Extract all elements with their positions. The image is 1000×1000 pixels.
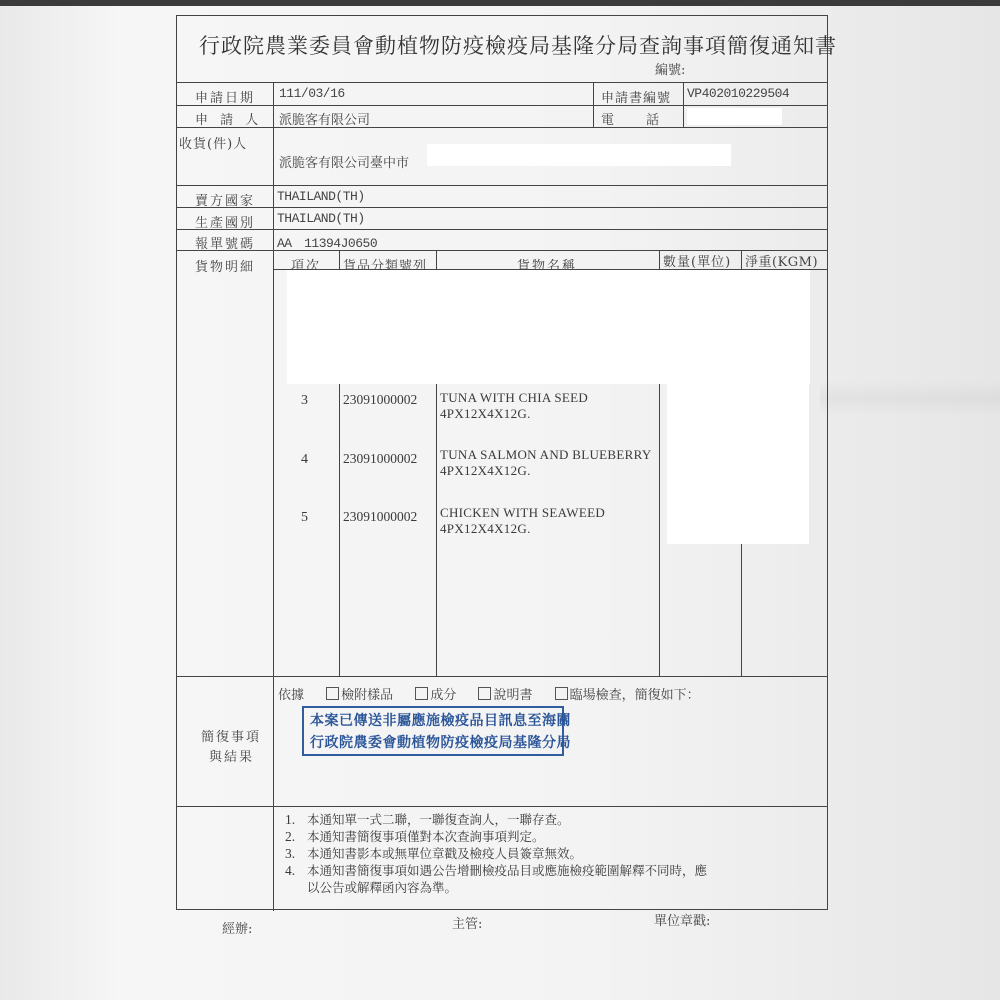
note-item: 3.本通知書影本或無單位章戳及檢疫人員簽章無效。 (285, 845, 707, 862)
quantity-weight-redaction (667, 380, 809, 544)
goods-name: TUNA WITH CHIA SEED 4PX12X4X12G. (440, 390, 588, 422)
divider (177, 105, 827, 106)
goods-rows-redaction (287, 270, 810, 384)
checkbox-icon[interactable] (555, 687, 568, 700)
checkbox-icon[interactable] (326, 687, 339, 700)
goods-hs-code: 23091000002 (343, 392, 417, 408)
basis-label: 依據 (278, 688, 304, 703)
goods-item-number: 5 (301, 510, 308, 526)
goods-col-net-weight: 淨重(KGM) (745, 251, 818, 270)
notice-form: 行政院農業委員會動植物防疫檢疫局基隆分局查詢事項簡復通知書 編號: 申請日期 1… (176, 15, 828, 910)
supervisor-signature-label: 主管: (452, 913, 482, 932)
goods-name-line: TUNA WITH CHIA SEED (440, 390, 588, 406)
applicant-label: 申 請 人 (195, 109, 262, 128)
serial-number-label: 編號: (655, 59, 685, 78)
goods-item-number: 3 (301, 393, 308, 409)
consignee-address-redaction (427, 144, 731, 166)
divider (683, 82, 684, 127)
document-title: 行政院農業委員會動植物防疫檢疫局基隆分局查詢事項簡復通知書 (199, 30, 837, 60)
label-column-divider (273, 82, 274, 911)
checkbox-onsite-inspection[interactable]: 臨場檢查，簡復如下： (555, 688, 700, 703)
consignee-value: 派脆客有限公司臺中市 (279, 152, 409, 171)
divider (177, 806, 827, 807)
application-no-value: VP402010229504 (687, 86, 789, 101)
divider (177, 127, 827, 128)
reply-section-label-2: 與結果 (209, 746, 254, 765)
checkbox-sample[interactable]: 檢附樣品 (326, 688, 393, 703)
note-item: 4.本通知書簡復事項如遇公告增刪檢疫品目或應施檢疫範圍解釋不同時，應 (285, 862, 707, 879)
stamp-line-2: 行政院農委會動植物防疫檢疫局基隆分局 (310, 732, 562, 754)
note-item: 2.本通知書簡復事項僅對本次查詢事項判定。 (285, 828, 707, 845)
divider (177, 207, 827, 208)
divider (177, 82, 827, 83)
divider (593, 82, 594, 127)
application-date-label: 申請日期 (195, 87, 255, 106)
goods-name: CHICKEN WITH SEAWEED 4PX12X4X12G. (440, 505, 605, 537)
checkbox-ingredients[interactable]: 成分 (415, 688, 456, 703)
stamp-line-1: 本案已傳送非屬應施檢疫品目訊息至海關 (310, 710, 562, 732)
checkbox-icon[interactable] (478, 687, 491, 700)
goods-spec-line: 4PX12X4X12G. (440, 463, 652, 479)
divider (177, 676, 827, 677)
note-item-continuation: 以公告或解釋函內容為準。 (285, 879, 707, 896)
divider (177, 229, 827, 230)
notes-list: 1.本通知單一式二聯，一聯復查詢人，一聯存查。 2.本通知書簡復事項僅對本次查詢… (285, 811, 707, 896)
goods-spec-line: 4PX12X4X12G. (440, 406, 588, 422)
goods-section-label: 貨物明細 (195, 256, 255, 275)
note-item: 1.本通知單一式二聯，一聯復查詢人，一聯存查。 (285, 811, 707, 828)
unit-seal-label: 單位章戳: (654, 910, 710, 929)
scan-top-edge (0, 0, 1000, 6)
seller-country-value: THAILAND(TH) (277, 189, 365, 204)
phone-label: 電 話 (601, 109, 661, 128)
origin-country-label: 生產國別 (195, 212, 255, 231)
goods-spec-line: 4PX12X4X12G. (440, 521, 605, 537)
consignee-label: 收貨(件)人 (179, 133, 247, 152)
seller-country-label: 賣方國家 (195, 190, 255, 209)
goods-name-line: TUNA SALMON AND BLUEBERRY (440, 447, 652, 463)
goods-col-quantity: 數量(單位) (663, 251, 731, 270)
application-date-value: 111/03/16 (279, 86, 345, 101)
checkbox-manual[interactable]: 說明書 (478, 688, 532, 703)
phone-redaction (687, 108, 782, 125)
basis-line: 依據 檢附樣品 成分 說明書 臨場檢查，簡復如下： (278, 684, 700, 703)
goods-name: TUNA SALMON AND BLUEBERRY 4PX12X4X12G. (440, 447, 652, 479)
checkbox-icon[interactable] (415, 687, 428, 700)
application-no-label: 申請書編號 (601, 87, 671, 106)
applicant-value: 派脆客有限公司 (279, 109, 370, 128)
goods-item-number: 4 (301, 452, 308, 468)
scan-smudge (820, 380, 1000, 416)
declaration-no-value: AA 11394J0650 (277, 232, 377, 251)
goods-hs-code: 23091000002 (343, 509, 417, 525)
divider (177, 185, 827, 186)
goods-hs-code: 23091000002 (343, 451, 417, 467)
goods-name-line: CHICKEN WITH SEAWEED (440, 505, 605, 521)
declaration-no-label: 報單號碼 (195, 233, 255, 252)
handler-signature-label: 經辦: (222, 918, 252, 937)
blue-result-stamp: 本案已傳送非屬應施檢疫品目訊息至海關 行政院農委會動植物防疫檢疫局基隆分局 (302, 706, 564, 756)
origin-country-value: THAILAND(TH) (277, 211, 365, 226)
reply-section-label-1: 簡復事項 (201, 726, 261, 745)
